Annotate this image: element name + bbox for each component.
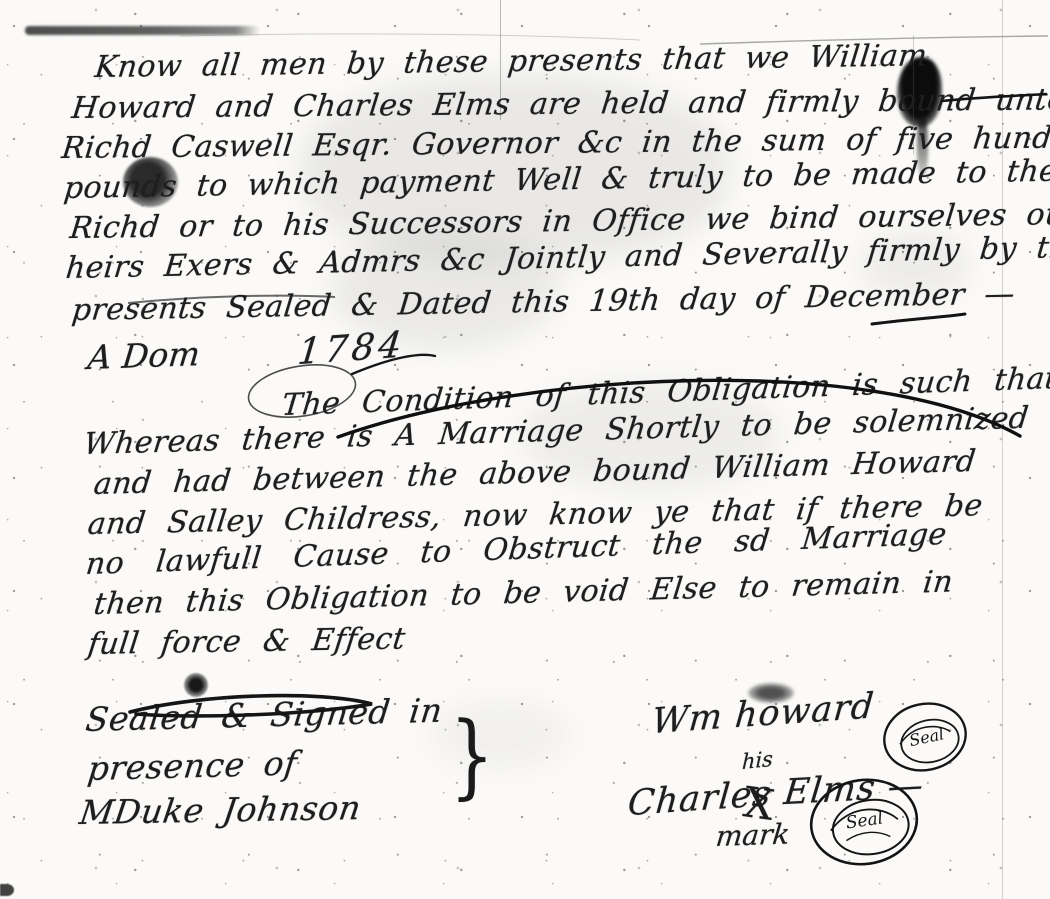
edge-speck [0, 884, 14, 896]
seal-label: Seal [907, 724, 945, 750]
scanned-document: Know all men by these presents that we W… [0, 0, 1050, 899]
anno-domini: A Dom [86, 334, 202, 377]
seal-label: Seal [845, 808, 885, 833]
pen-dash [872, 314, 965, 324]
bond-line: Howard and Charles Elms are held and fir… [70, 82, 1050, 126]
year: 1784 [296, 324, 408, 373]
signature-elms-his: his [742, 747, 774, 774]
witness-line: Sealed & Signed in [84, 691, 445, 739]
smudge-bar [25, 26, 260, 35]
bond-line: Know all men by these presents that we W… [93, 38, 929, 85]
bond-line: presents Sealed & Dated this 19th day of… [70, 277, 1017, 329]
fold-crease-horizontal [180, 34, 640, 40]
witness-line: presence of [86, 743, 300, 788]
signature-elms-mark-word: mark [714, 817, 791, 853]
witness-signature: MDuke Johnson [77, 788, 363, 832]
brace: } [450, 702, 494, 809]
condition-line: full force & Effect [86, 621, 408, 662]
signature-howard: Wm howard [650, 686, 876, 742]
signature-elms-last: Elms — [782, 766, 926, 814]
ink-spot [184, 673, 208, 697]
